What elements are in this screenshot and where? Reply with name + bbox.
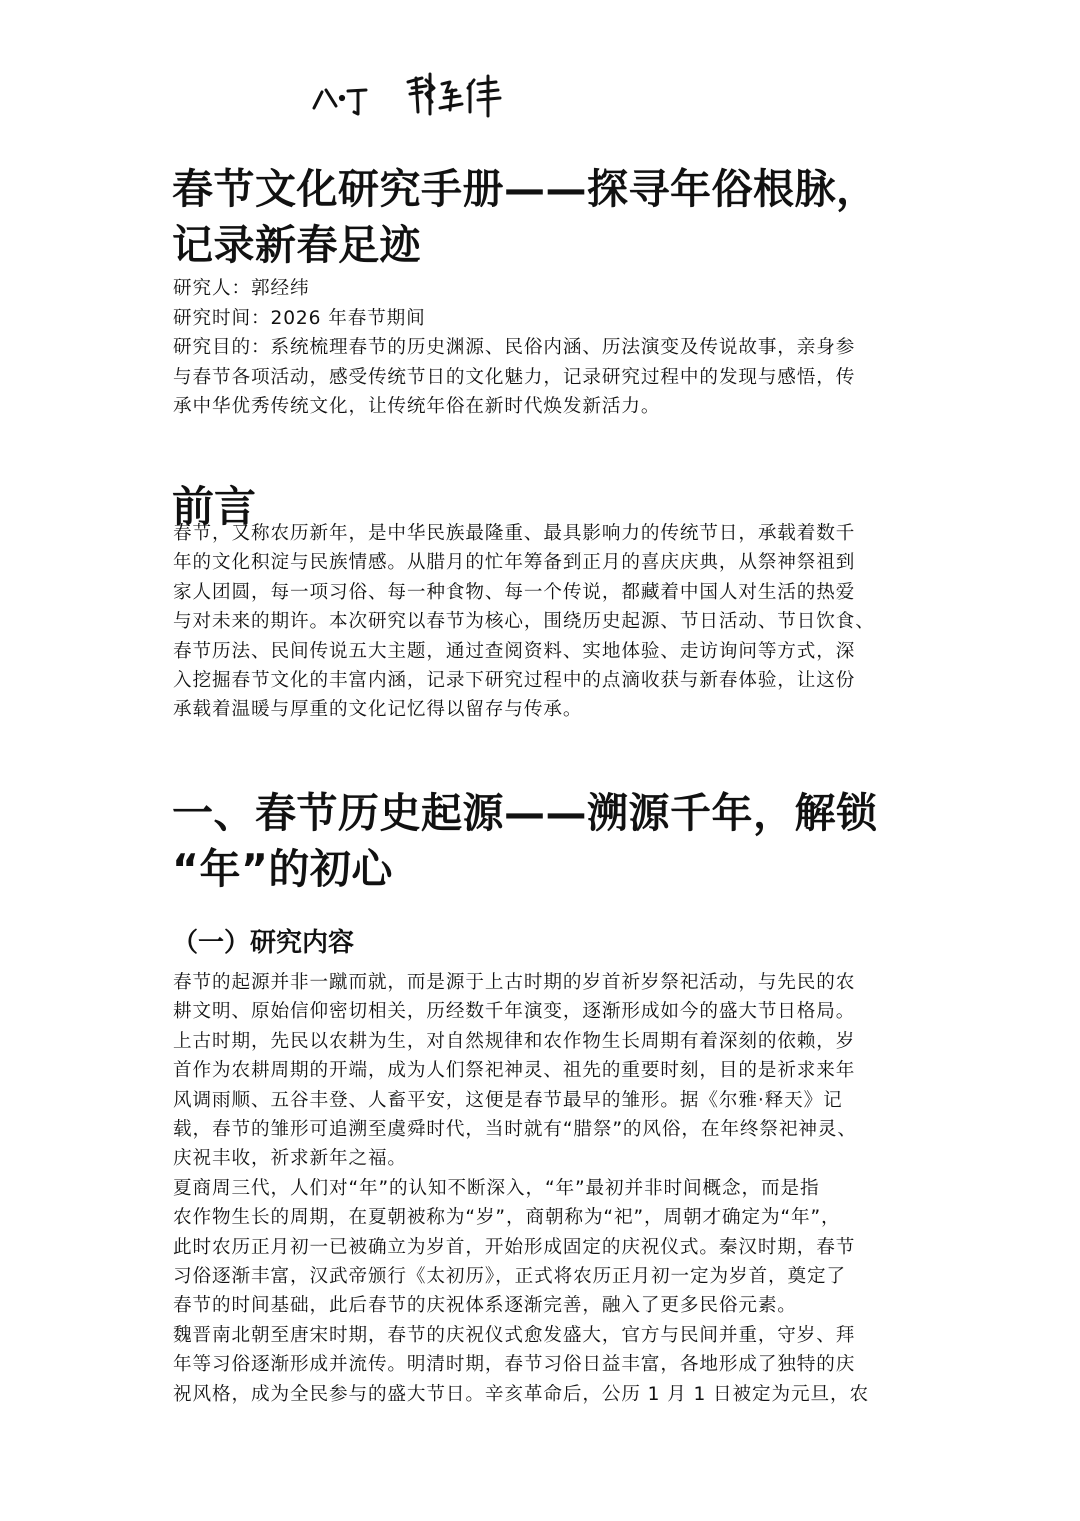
research-time: 研究时间：2026 年春节期间	[173, 304, 943, 334]
paragraph-line: 上古时期，先民以农耕为生，对自然规律和农作物生长周期有着深刻的依赖，岁	[173, 1027, 943, 1056]
paragraph-line: 祝风格，成为全民参与的盛大节日。辛亥革命后，公历 1 月 1 日被定为元旦，农	[173, 1380, 943, 1409]
research-purpose-line: 与春节各项活动，感受传统节日的文化魅力，记录研究过程中的发现与感悟，传	[173, 363, 943, 393]
heading-line: 一、春节历史起源——溯源千年，解锁	[172, 785, 972, 841]
paragraph-line: 承载着温暖与厚重的文化记忆得以留存与传承。	[173, 695, 943, 724]
section-1-heading: 一、春节历史起源——溯源千年，解锁 “年”的初心	[172, 785, 972, 897]
researcher-label: 研究人：郭经纬	[173, 274, 943, 304]
title-line: 记录新春足迹	[172, 217, 952, 273]
research-purpose-line: 承中华优秀传统文化，让传统年俗在新时代焕发新活力。	[173, 392, 943, 422]
research-meta: 研究人：郭经纬 研究时间：2026 年春节期间 研究目的：系统梳理春节的历史渊源…	[173, 274, 943, 422]
paragraph-line: 庆祝丰收，祈求新年之福。	[173, 1144, 943, 1173]
paragraph-line: 春节的时间基础，此后春节的庆祝体系逐渐完善，融入了更多民俗元素。	[173, 1291, 943, 1320]
paragraph-line: 载，春节的雏形可追溯至虞舜时代，当时就有“腊祭”的风俗，在年终祭祀神灵、	[173, 1115, 943, 1144]
section-1-subheading: （一）研究内容	[172, 923, 354, 963]
research-purpose-line: 研究目的：系统梳理春节的历史渊源、民俗内涵、历法演变及传说故事，亲身参	[173, 333, 943, 363]
paragraph-line: 与对未来的期许。本次研究以春节为核心，围绕历史起源、节日活动、节日饮食、	[173, 607, 943, 636]
paragraph-line: 首作为农耕周期的开端，成为人们祭祀神灵、祖先的重要时刻，目的是祈求来年	[173, 1056, 943, 1085]
section-1-body: 春节的起源并非一蹴而就，而是源于上古时期的岁首祈岁祭祀活动，与先民的农 耕文明、…	[173, 968, 943, 1409]
paragraph-line: 此时农历正月初一已被确立为岁首，开始形成固定的庆祝仪式。秦汉时期，春节	[173, 1233, 943, 1262]
paragraph-line: 年等习俗逐渐形成并流传。明清时期，春节习俗日益丰富，各地形成了独特的庆	[173, 1350, 943, 1379]
document-page: 春节文化研究手册——探寻年俗根脉， 记录新春足迹 研究人：郭经纬 研究时间：20…	[0, 0, 1080, 1521]
paragraph-line: 春节的起源并非一蹴而就，而是源于上古时期的岁首祈岁祭祀活动，与先民的农	[173, 968, 943, 997]
paragraph-line: 春节，又称农历新年，是中华民族最隆重、最具影响力的传统节日，承载着数千	[173, 519, 943, 548]
preface-body: 春节，又称农历新年，是中华民族最隆重、最具影响力的传统节日，承载着数千 年的文化…	[173, 519, 943, 725]
paragraph-line: 春节历法、民间传说五大主题，通过查阅资料、实地体验、走访询问等方式，深	[173, 637, 943, 666]
paragraph-line: 风调雨顺、五谷丰登、人畜平安，这便是春节最早的雏形。据《尔雅·释天》记	[173, 1086, 943, 1115]
document-title: 春节文化研究手册——探寻年俗根脉， 记录新春足迹	[172, 161, 952, 273]
paragraph-line: 入挖掘春节文化的丰富内涵，记录下研究过程中的点滴收获与新春体验，让这份	[173, 666, 943, 695]
paragraph-line: 夏商周三代，人们对“年”的认知不断深入，“年”最初并非时间概念，而是指	[173, 1174, 943, 1203]
paragraph-line: 年的文化积淀与民族情感。从腊月的忙年筹备到正月的喜庆庆典，从祭神祭祖到	[173, 548, 943, 577]
handwritten-signature	[300, 62, 520, 122]
paragraph-line: 习俗逐渐丰富，汉武帝颁行《太初历》，正式将农历正月初一定为岁首，奠定了	[173, 1262, 943, 1291]
title-line: 春节文化研究手册——探寻年俗根脉，	[172, 161, 952, 217]
signature-scribble-icon	[300, 62, 520, 122]
paragraph-line: 农作物生长的周期，在夏朝被称为“岁”，商朝称为“祀”，周朝才确定为“年”，	[173, 1203, 943, 1232]
paragraph-line: 魏晋南北朝至唐宋时期，春节的庆祝仪式愈发盛大，官方与民间并重，守岁、拜	[173, 1321, 943, 1350]
paragraph-line: 耕文明、原始信仰密切相关，历经数千年演变，逐渐形成如今的盛大节日格局。	[173, 997, 943, 1026]
paragraph-line: 家人团圆，每一项习俗、每一种食物、每一个传说，都藏着中国人对生活的热爱	[173, 578, 943, 607]
heading-line: “年”的初心	[172, 841, 972, 897]
